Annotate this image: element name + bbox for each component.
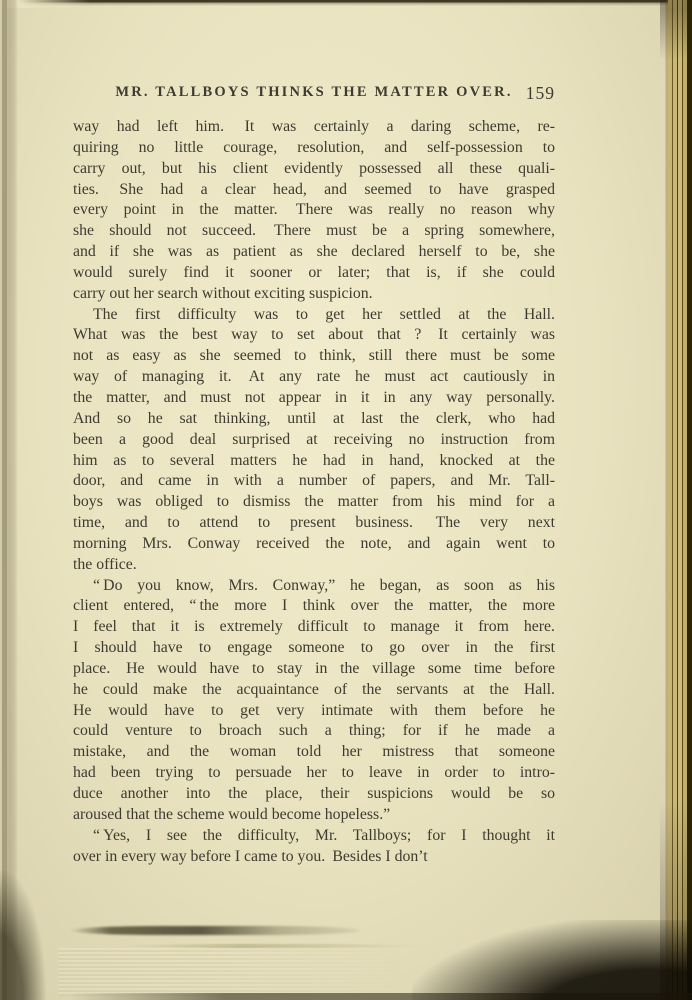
text-line: morning Mrs. Conway received the note, a… [73, 534, 555, 555]
text-line: The first difficulty was to get her sett… [73, 305, 555, 326]
text-line: him as to several matters he had in hand… [73, 451, 555, 472]
text-line: “ Do you know, Mrs. Conway,” he began, a… [73, 576, 555, 597]
text-line: she should not succeed. There must be a … [73, 221, 555, 242]
text-line: every point in the matter. There was rea… [73, 200, 555, 221]
paragraph: way had left him. It was certainly a dar… [73, 117, 555, 305]
text-line: “ Yes, I see the difficulty, Mr. Tallboy… [73, 826, 555, 847]
paragraph: The first difficulty was to get her sett… [73, 305, 555, 576]
text-line: way had left him. It was certainly a dar… [73, 117, 555, 138]
paragraph: “ Do you know, Mrs. Conway,” he began, a… [73, 576, 555, 826]
page-crease [13, 0, 18, 1000]
text-line: had been trying to persuade her to leave… [73, 763, 555, 784]
running-header: MR. TALLBOYS THINKS THE MATTER OVER. 159 [73, 84, 555, 106]
text-line: time, and to attend to present business.… [73, 513, 555, 534]
text-line: mistake, and the woman told her mistress… [73, 742, 555, 763]
book-top-edge [0, 0, 692, 6]
bottom-right-shadow [412, 920, 692, 1000]
text-line: over in every way before I came to you. … [73, 847, 555, 868]
bottom-left-shadow [0, 870, 46, 1000]
text-line: been a good deal surprised at receiving … [73, 430, 555, 451]
text-line: carry out her search without exciting su… [73, 284, 555, 305]
text-block: way had left him. It was certainly a dar… [73, 117, 555, 867]
text-line: carry out, but his client evidently poss… [73, 159, 555, 180]
page-curl-shadow [70, 926, 360, 935]
text-line: aroused that the scheme would become hop… [73, 805, 555, 826]
text-line: the matter, and must not appear in it in… [73, 388, 555, 409]
text-line: the office. [73, 555, 555, 576]
book-page-photo: MR. TALLBOYS THINKS THE MATTER OVER. 159… [0, 0, 692, 1000]
text-line: door, and came in with a number of paper… [73, 471, 555, 492]
fore-edge-shade [660, 0, 692, 1000]
text-line: What was the best way to set about that … [73, 325, 555, 346]
text-line: client entered, “ the more I think over … [73, 596, 555, 617]
text-line: he could make the acquaintance of the se… [73, 680, 555, 701]
text-line: boys was obliged to dismiss the matter f… [73, 492, 555, 513]
page-edge-lines [58, 948, 418, 996]
text-line: duce another into the place, their suspi… [73, 784, 555, 805]
text-line: way of managing it. At any rate he must … [73, 367, 555, 388]
text-line: could venture to broach such a thing; fo… [73, 721, 555, 742]
text-line: and if she was as patient as she declare… [73, 242, 555, 263]
text-line: place. He would have to stay in the vill… [73, 659, 555, 680]
bottom-edge-shadow [70, 993, 692, 1000]
text-line: I should have to engage someone to go ov… [73, 638, 555, 659]
paragraph: “ Yes, I see the difficulty, Mr. Tallboy… [73, 826, 555, 868]
text-line: quiring no little courage, resolution, a… [73, 138, 555, 159]
text-line: I feel that it is extremely difficult to… [73, 617, 555, 638]
text-line: not as easy as she seemed to think, stil… [73, 346, 555, 367]
text-line: ties. She had a clear head, and seemed t… [73, 180, 555, 201]
text-line: And so he sat thinking, until at last th… [73, 409, 555, 430]
text-line: would surely find it sooner or later; th… [73, 263, 555, 284]
page-number: 159 [526, 83, 555, 104]
running-title: MR. TALLBOYS THINKS THE MATTER OVER. [73, 84, 555, 101]
text-line: He would have to get very intimate with … [73, 701, 555, 722]
